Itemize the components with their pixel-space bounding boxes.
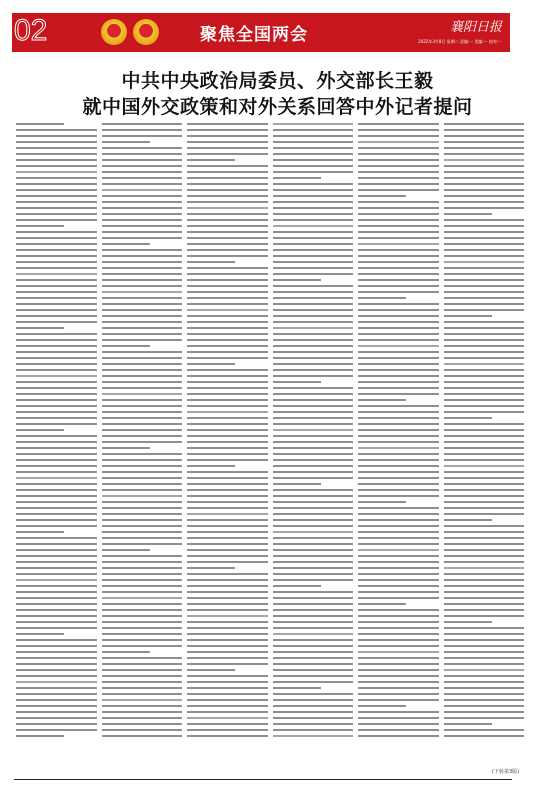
text-column (102, 123, 183, 743)
text-column (444, 123, 525, 743)
headline-line1: 中共中央政治局委员、外交部长王毅 (0, 66, 555, 93)
continued-note: (下转第3版) (492, 768, 519, 775)
text-column (358, 123, 439, 743)
article-body (16, 123, 524, 743)
cppcc-emblem-icon (133, 19, 159, 45)
headline-line2: 就中国外交政策和对外关系回答中外记者提问 (0, 92, 555, 119)
issue-meta: 2022年3月8日 星期二 责编:··· 美编:··· 校对:··· (418, 39, 502, 45)
text-column (187, 123, 268, 743)
footer-rule (14, 779, 512, 780)
text-column (273, 123, 354, 743)
page-number: 02 (14, 16, 47, 46)
text-column (16, 123, 97, 743)
national-emblem-icon (101, 19, 127, 45)
section-title: 聚焦全国两会 (200, 20, 308, 45)
masthead-banner: 02 聚焦全国两会 襄阳日报 2022年3月8日 星期二 责编:··· 美编:·… (12, 13, 510, 52)
newspaper-name: 襄阳日报 (450, 16, 502, 35)
